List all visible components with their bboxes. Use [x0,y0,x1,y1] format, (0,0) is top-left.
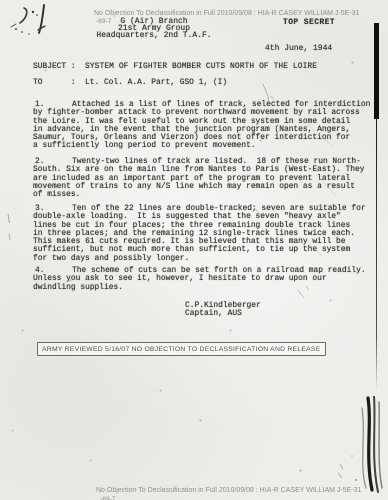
subject-label: SUBJECT : [33,62,76,71]
paragraph-2: 2. Twenty-two lines of track are listed.… [33,158,379,199]
org-line-headquarters: Headquarters, 2nd T.A.F. [64,32,244,39]
paper-noise [0,0,1,1]
declassification-stamp-bottom: No Objection To Declassification in Full… [96,487,361,494]
paragraph-2-number: 2. [35,158,44,166]
paragraph-2-text: Twenty-two lines of track are listed. 18… [33,158,379,199]
declassification-stamp-top: No Objection To Declassification in Full… [94,10,359,17]
army-review-stamp: ARMY REVIEWED 5/16/07 NO OBJECTION TO DE… [37,342,326,356]
file-reference-bottom: -69-7 [100,496,115,500]
signature-block: C.P.Kindleberger Captain, AUS [185,302,261,319]
scribble-smudge-bottom-right [338,396,388,496]
paragraph-1-number: 1. [35,101,44,109]
paragraph-1-text: Attached is a list of lines of track, se… [33,101,379,151]
to-text: Lt. Col. A.A. Part, GSO 1, (I) [85,78,227,87]
letterhead-org-block: G (Air) Branch 21st Army Group Headquart… [64,18,244,40]
paragraph-4: 4. The scheme of cuts can be set forth o… [33,267,379,292]
handwritten-mark-top-left [4,2,64,44]
paragraph-1: 1. Attached is a list of lines of track,… [33,101,379,151]
paragraph-3-text: Ten of the 22 lines are double-tracked; … [33,205,379,263]
paragraph-4-number: 4. [35,267,44,275]
to-label: TO : [33,78,76,87]
signature-title: Captain, AUS [185,310,261,318]
scan-edge-line-thick [374,23,379,119]
classification-marking: TOP SECRET [283,18,335,27]
paragraph-3-number: 3. [35,205,44,213]
paragraph-3: 3. Ten of the 22 lines are double-tracke… [33,205,379,263]
document-date: 4th June, 1944 [265,44,332,53]
scan-edge-line-thin [376,117,378,391]
paragraph-4-text: The scheme of cuts can be set forth on a… [33,267,379,292]
scanned-document-page: No Objection To Declassification in Full… [0,0,388,500]
subject-text: SYSTEM OF FIGHTER BOMBER CUTS NORTH OF T… [85,62,317,71]
